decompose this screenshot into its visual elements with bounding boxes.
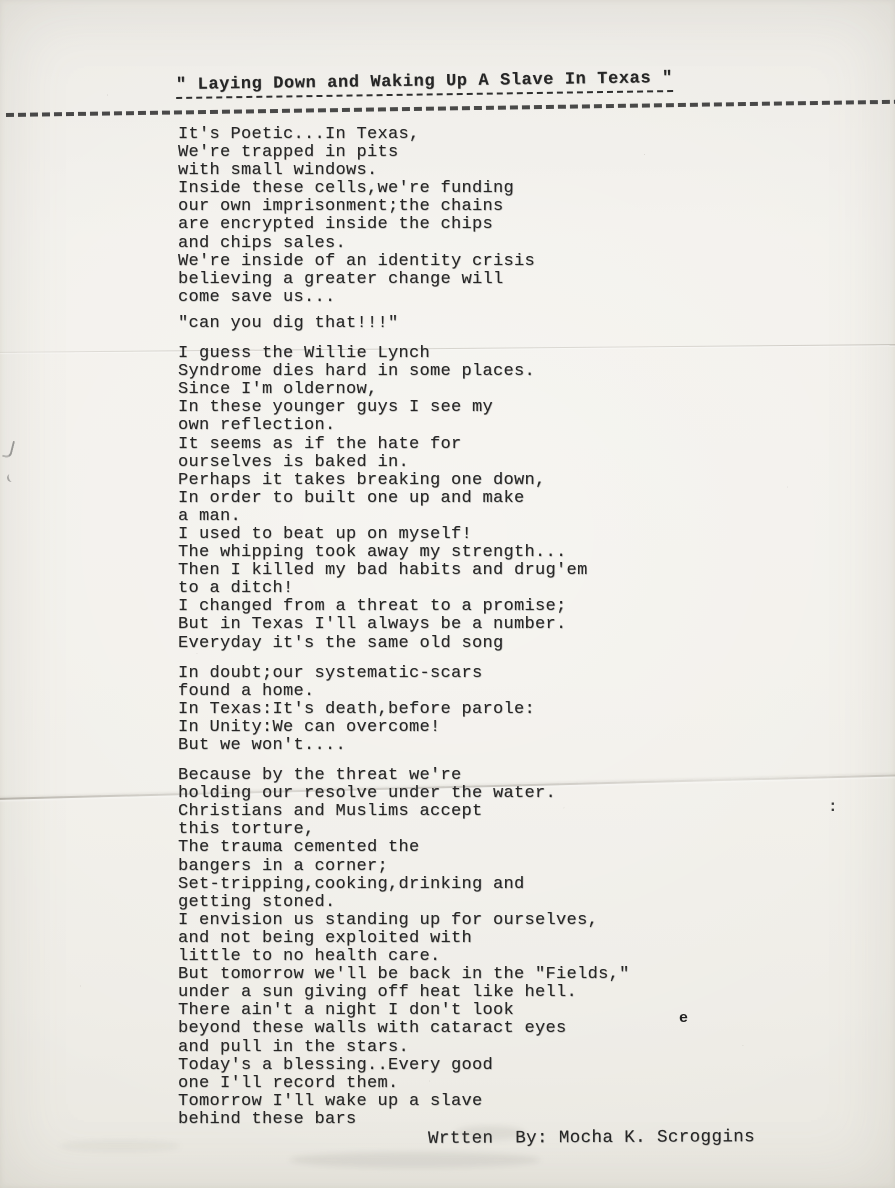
poem-line: Then I killed my bad habits and drug'em [178, 562, 818, 580]
poem-line: Since I'm oldernow, [178, 381, 818, 399]
poem-line: In Unity:We can overcome! [178, 719, 818, 737]
poem-line: It's Poetic...In Texas, [178, 126, 818, 144]
poem-line: "can you dig that!!!" [178, 315, 818, 333]
poem-line: Perhaps it takes breaking one down, [178, 472, 818, 490]
poem-line: We're inside of an identity crisis [178, 253, 818, 271]
poem-line: found a home. [178, 683, 818, 701]
poem-line: Because by the threat we're [178, 767, 818, 785]
poem-line: In order to built one up and make [178, 490, 818, 508]
poem-stanza: "can you dig that!!!" [178, 315, 818, 333]
poem-line: beyond these walls with cataract eyes [178, 1020, 818, 1038]
margin-pencil-mark [2, 439, 15, 459]
poem-line: Syndrome dies hard in some places. [178, 363, 818, 381]
poem-line: holding our resolve under the water. [178, 785, 818, 803]
poem-line: bangers in a corner; [178, 858, 818, 876]
poem-line: But tomorrow we'll be back in the "Field… [178, 966, 818, 984]
poem-line: It seems as if the hate for [178, 436, 818, 454]
poem-line: I guess the Willie Lynch [178, 345, 818, 363]
poem-line: to a ditch! [178, 580, 818, 598]
poem-line: one I'll record them. [178, 1075, 818, 1093]
poem-line: But we won't.... [178, 737, 818, 755]
poem-line: In these younger guys I see my [178, 399, 818, 417]
poem-body: It's Poetic...In Texas,We're trapped in … [178, 126, 818, 1141]
poem-line: little to no health care. [178, 948, 818, 966]
poem-line: Tomorrow I'll wake up a slave [178, 1093, 818, 1111]
poem-stanza: Because by the threat we'reholding our r… [178, 767, 818, 1129]
poem-line: and not being exploited with [178, 930, 818, 948]
poem-line: come save us... [178, 289, 818, 307]
poem-line: ourselves is baked in. [178, 454, 818, 472]
poem-line: The whipping took away my strength... [178, 544, 818, 562]
poem-line: There ain't a night I don't look [178, 1002, 818, 1020]
poem-line: I envision us standing up for ourselves, [178, 912, 818, 930]
poem-line: this torture, [178, 821, 818, 839]
poem-title-block: " Laying Down and Waking Up A Slave In T… [176, 69, 673, 95]
stray-ink-mark-e: e [679, 1010, 688, 1027]
poem-line: are encrypted inside the chips [178, 216, 818, 234]
poem-line: and chips sales. [178, 235, 818, 253]
poem-line: believing a greater change will [178, 271, 818, 289]
scanned-poem-page: " Laying Down and Waking Up A Slave In T… [0, 0, 895, 1188]
poem-line: and pull in the stars. [178, 1039, 818, 1057]
poem-line: our own imprisonment;the chains [178, 198, 818, 216]
poem-line: Inside these cells,we're funding [178, 180, 818, 198]
poem-line: Christians and Muslims accept [178, 803, 818, 821]
poem-stanza: It's Poetic...In Texas,We're trapped in … [178, 126, 818, 307]
poem-line: with small windows. [178, 162, 818, 180]
poem-line: In Texas:It's death,before parole: [178, 701, 818, 719]
bottom-smudge [290, 1152, 540, 1168]
margin-pencil-mark [6, 473, 15, 483]
poem-line: The trauma cemented the [178, 839, 818, 857]
poem-line: Set-tripping,cooking,drinking and [178, 876, 818, 894]
poem-line: Today's a blessing..Every good [178, 1057, 818, 1075]
poem-title: " Laying Down and Waking Up A Slave In T… [176, 69, 673, 99]
poem-line: In doubt;our systematic-scars [178, 665, 818, 683]
poem-line: But in Texas I'll always be a number. [178, 616, 818, 634]
poem-line: Everyday it's the same old song [178, 635, 818, 653]
poem-line: own reflection. [178, 417, 818, 435]
stray-ink-mark-colon: : [828, 798, 838, 816]
poem-line: getting stoned. [178, 894, 818, 912]
poem-line: under a sun giving off heat like hell. [178, 984, 818, 1002]
poem-line: a man. [178, 508, 818, 526]
dashed-separator-rule [6, 100, 895, 117]
author-byline: Wrtten By: Mocha K. Scroggins [428, 1127, 755, 1149]
poem-line: I used to beat up on myself! [178, 526, 818, 544]
poem-line: We're trapped in pits [178, 144, 818, 162]
bottom-left-smudge [60, 1140, 180, 1152]
poem-line: I changed from a threat to a promise; [178, 598, 818, 616]
poem-stanza: I guess the Willie LynchSyndrome dies ha… [178, 345, 818, 653]
poem-stanza: In doubt;our systematic-scarsfound a hom… [178, 665, 818, 755]
poem-line: behind these bars [178, 1111, 818, 1129]
